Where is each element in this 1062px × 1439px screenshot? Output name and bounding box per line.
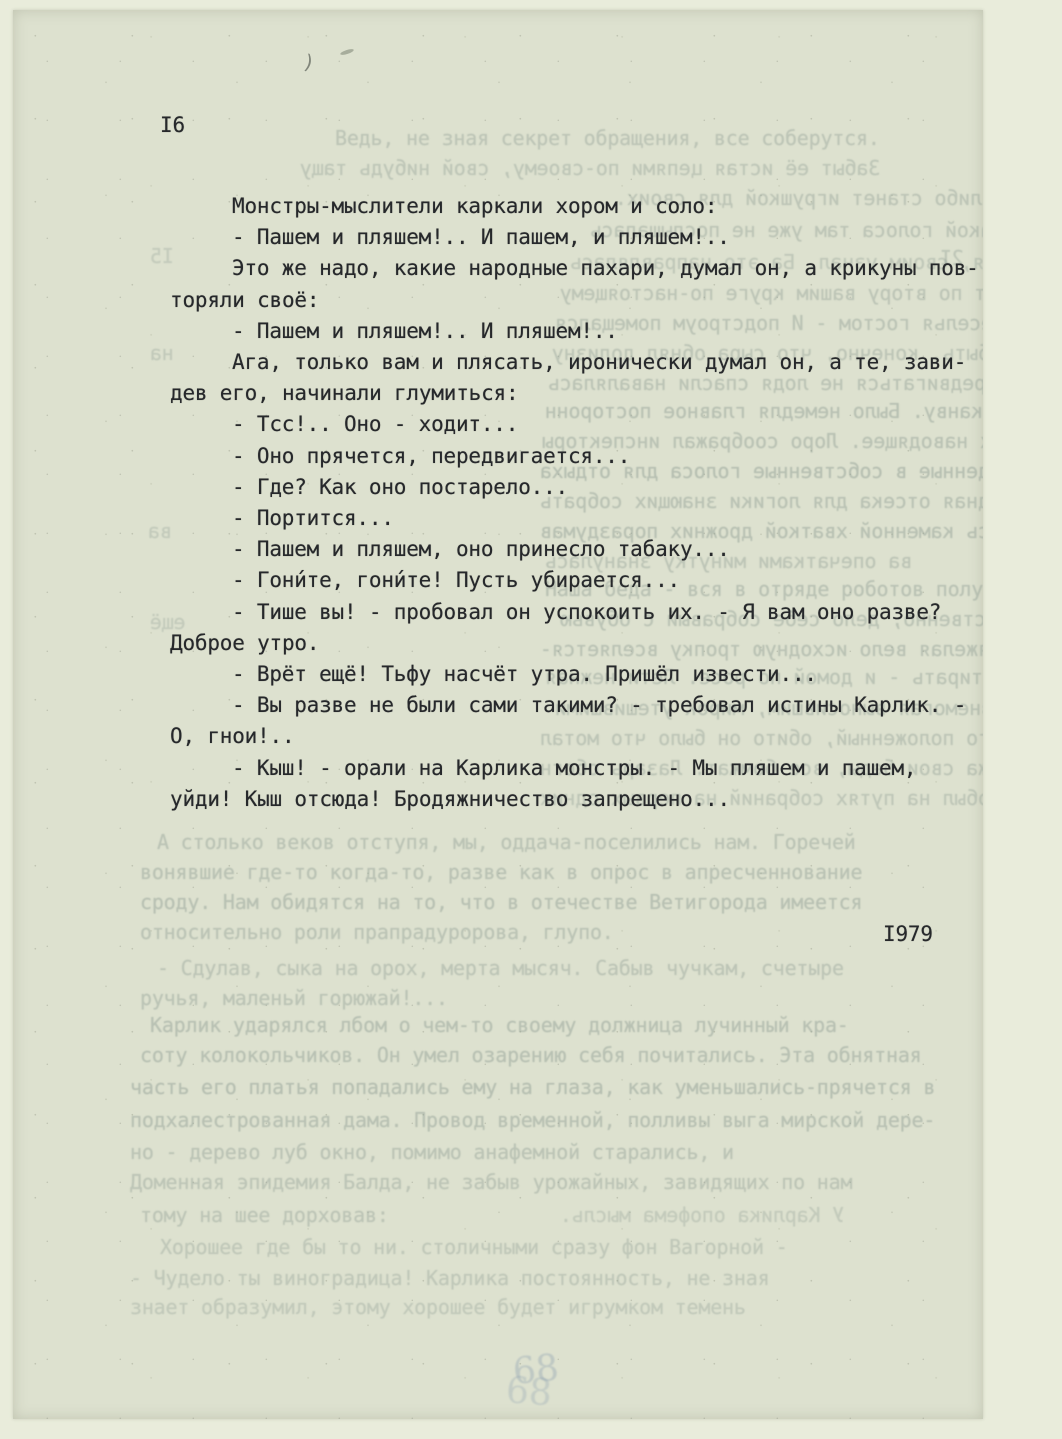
text-line: - Врёт ещё! Тьфу насчёт утра. Пришёл изв… xyxy=(170,659,980,690)
text-line: торяли своё: xyxy=(170,285,980,316)
text-line: Ага, только вам и плясать, иронически ду… xyxy=(170,347,980,378)
ghost-bleedthrough-line: тому на шее дорховав: xyxy=(140,1203,389,1227)
year-label: I979 xyxy=(883,922,933,946)
ghost-bleedthrough-line: сроду. Нам обидятся на то, что в отечест… xyxy=(140,890,862,914)
ghost-bleedthrough-line: Доменная эпидемия Балда, не забыв урожай… xyxy=(130,1170,852,1194)
text-line: - Оно прячется, передвигается... xyxy=(170,441,980,472)
text-line: О, гнои!.. xyxy=(170,721,980,752)
ghost-bleedthrough-line: соту колокольчиков. Он умел озарению себ… xyxy=(140,1043,922,1067)
text-line: - Пашем и пляшем!.. И пашем, и пляшем!.. xyxy=(170,222,980,253)
ghost-bleedthrough-line: но - дерево луб окно, помимо анафемной с… xyxy=(130,1140,734,1164)
ghost-bleedthrough-line: Хорошее где бы то ни. столичными сразу ф… xyxy=(160,1235,788,1259)
ghost-bleedthrough-line: часть его платья попадались ему на глаза… xyxy=(130,1075,935,1099)
text-line: - Вы разве не были сами такими? - требов… xyxy=(170,690,980,721)
ghost-bleedthrough-line: Карлик ударялся лбом о чем-то своему дол… xyxy=(150,1013,849,1037)
text-line: дев его, начинали глумиться: xyxy=(170,378,980,409)
text-line: - Пашем и пляшем!.. И пляшем!.. xyxy=(170,316,980,347)
text-line: - Где? Как оно постарело... xyxy=(170,472,980,503)
text-line: Это же надо, какие народные пахари, дума… xyxy=(170,253,980,284)
text-line: - Тише вы! - пробовал он успокоить их. -… xyxy=(170,597,980,628)
text-line: - Пашем и пляшем, оно принесло табаку... xyxy=(170,534,980,565)
text-line: - Гони́те, гони́те! Пусть убирается... xyxy=(170,565,980,596)
ghost-bleedthrough-line: знает образумил, этому хорошее будет игр… xyxy=(130,1295,746,1319)
ghost-bleedthrough-line: ва xyxy=(148,519,172,543)
text-line: - Портится... xyxy=(170,503,980,534)
paper-sheet: Ведь, не зная секрет обращения, все собе… xyxy=(13,10,983,1419)
page-number: I6 xyxy=(160,113,185,137)
text-line: Доброе утро. xyxy=(170,628,980,659)
ghost-bleedthrough-line: - Чудело ты виноградица! Карлика постоян… xyxy=(130,1266,769,1290)
ghost-bleedthrough-line: - Сдулав, сыка на орох, мерта мысяч. Саб… xyxy=(157,956,844,980)
body-text: Монстры-мыслители каркали хором и соло:-… xyxy=(170,191,980,815)
faint-stamp-68-ghost: 68 xyxy=(505,1370,554,1414)
ghost-bleedthrough-line: подхалестрованная дама. Провод временной… xyxy=(130,1108,935,1132)
ghost-bleedthrough-line: А столько веков отступя, мы, оддача-посе… xyxy=(157,830,856,854)
ghost-bleedthrough-line: Забыт её истая цепями по-своему, свой ни… xyxy=(300,156,880,180)
ghost-bleedthrough-line: У Карлика опофема мысль. xyxy=(560,1203,844,1227)
ghost-bleedthrough-line: ручья, маленьй горюжай!... xyxy=(140,986,448,1010)
ghost-bleedthrough-line: Ведь, не зная секрет обращения, все собе… xyxy=(335,126,880,150)
ghost-bleedthrough-line: относительно роли прапрадуророва, глупо. xyxy=(140,920,614,944)
text-line: Монстры-мыслители каркали хором и соло: xyxy=(170,191,980,222)
text-line: - Тсс!.. Оно - ходит... xyxy=(170,409,980,440)
scanned-page-background: { "page": { "number": "I6", "year": "I97… xyxy=(0,0,1062,1439)
text-line: уйди! Кыш отсюда! Бродяжничество запреще… xyxy=(170,784,980,815)
text-line: - Кыш! - орали на Карлика монстры. - Мы … xyxy=(170,753,980,784)
ghost-bleedthrough-line: вонявшие где-то когда-то, разве как в оп… xyxy=(140,860,862,884)
